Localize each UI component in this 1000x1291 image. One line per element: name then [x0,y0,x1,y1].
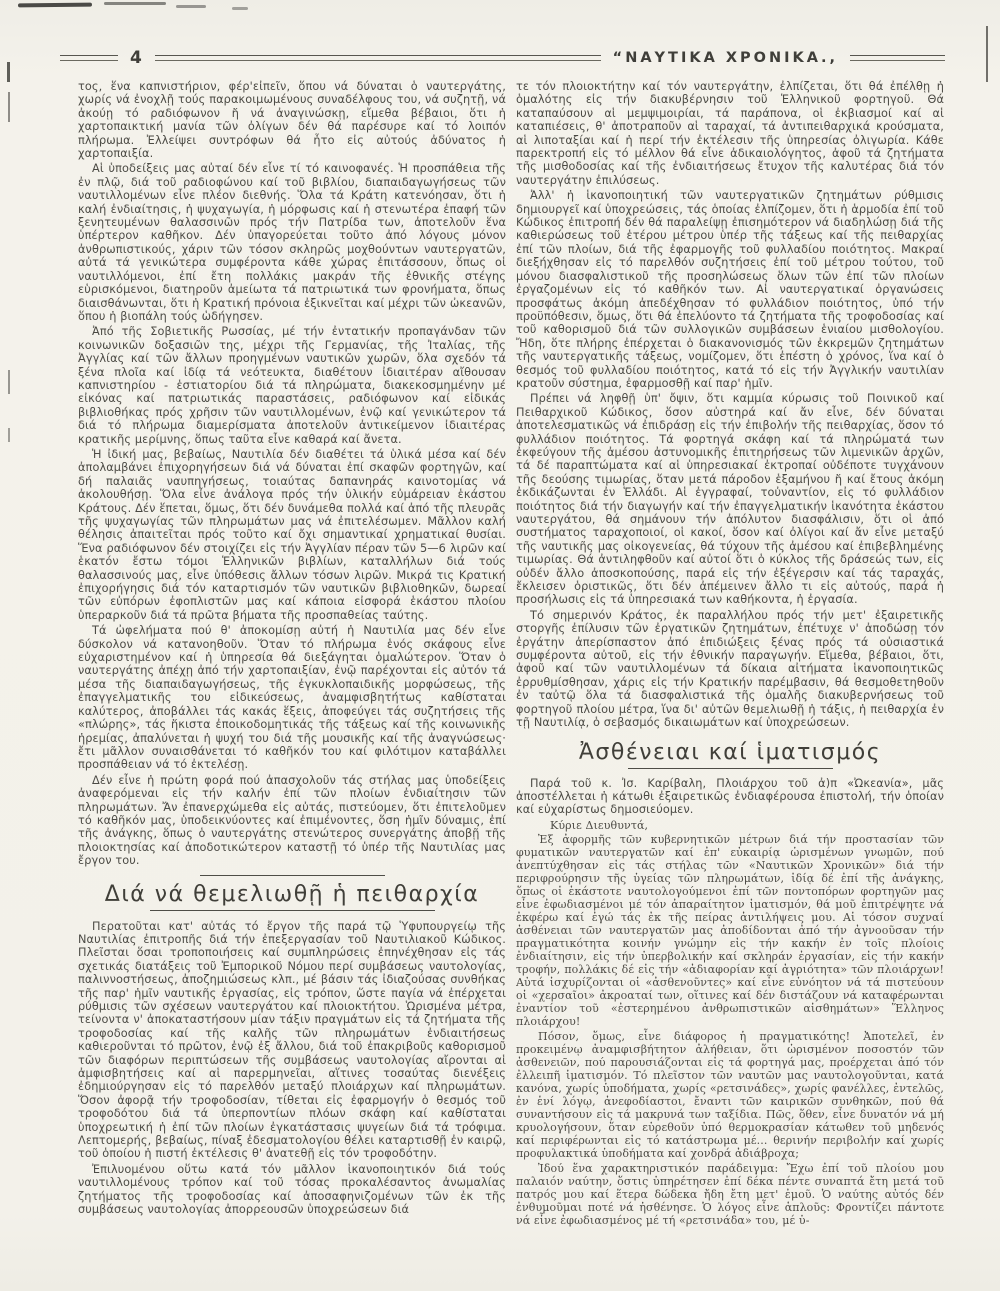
letter-salutation: Κύριε Διευθυντά, [516,819,944,832]
paragraph: Ἡ ἰδική μας, βεβαίως, Ναυτιλία δέν διαθέ… [78,448,506,622]
scan-artifact [18,3,92,8]
paragraph: τε τόν πλοιοκτήτην καί τόν ναυτεργάτην, … [516,80,944,187]
paragraph: τος, ἕνα καπνιστήριον, φέρ'εἰπεῖν, ὅπου … [78,80,506,160]
scan-mark [8,370,10,394]
scan-mark [986,26,988,82]
text-columns: τος, ἕνα καπνιστήριον, φέρ'εἰπεῖν, ὅπου … [78,80,944,1272]
scan-mark [8,92,10,122]
section-heading-discipline: Διά νά θεμελιωθῇ ἡ πειθαρχία [78,882,506,907]
paragraph: Δέν εἶνε ἡ πρώτη φορά πού ἀπασχολοῦν τάς… [78,774,506,868]
header-rule-center [155,55,601,61]
scan-artifact [176,5,206,8]
section-heading-illness-clothing: Ἀσθένειαι καί ἱματισμός [516,740,944,765]
article-intro: Παρά τοῦ κ. Ἰσ. Καρίβαλη, Πλοιάρχου τοῦ … [516,777,944,817]
scan-mark [8,428,10,442]
paragraph: Αἱ ὑποδείξεις μας αὐταί δέν εἶνε τί τό κ… [78,162,506,323]
letter-paragraph: Ἐξ ἀφορμῆς τῶν κυβερνητικῶν μέτρων διά τ… [516,833,944,1028]
left-column: τος, ἕνα καπνιστήριον, φέρ'εἰπεῖν, ὅπου … [78,80,506,1272]
right-column: τε τόν πλοιοκτήτην καί τόν ναυτεργάτην, … [516,80,944,1272]
header-rule-right [850,55,945,61]
scanned-magazine-page: 4 “ΝΑΥΤΙΚΑ ΧΡΟΝΙΚΑ., τος, ἕνα καπνιστήρι… [0,0,1000,1291]
reader-letter: Κύριε Διευθυντά, Ἐξ ἀφορμῆς τῶν κυβερνητ… [516,819,944,1227]
paragraph: Περατοῦται κατ' αὐτάς τό ἔργον τῆς παρά … [78,920,506,1161]
header-rule-left [60,55,118,61]
article-divider [200,875,385,876]
scan-artifact [104,2,166,5]
paragraph: Τά ὠφελήματα πού θ' ἀποκομίσῃ αὐτή ἡ Ναυ… [78,624,506,771]
scan-artifact [232,7,248,10]
letter-paragraph: Πόσον, ὅμως, εἶνε διάφορος ἡ πραγματικότ… [516,1030,944,1160]
paragraph: Πρέπει νά ληφθῇ ὑπ' ὄψιν, ὅτι καμμία κύρ… [516,392,944,607]
scan-mark [7,62,10,82]
letter-paragraph: Ἰδού ἕνα χαρακτηριστικόν παράδειγμα: Ἔχω… [516,1162,944,1227]
journal-title: “ΝΑΥΤΙΚΑ ΧΡΟΝΙΚΑ., [613,50,838,66]
page-number: 4 [130,48,143,68]
heading-underline [628,768,833,769]
page-header: 4 “ΝΑΥΤΙΚΑ ΧΡΟΝΙΚΑ., [60,48,945,68]
paragraph: Ἀλλ' ἡ ἱκανοποιητική τῶν ναυτεργατικῶν ζ… [516,189,944,390]
paragraph: Ἀπό τῆς Σοβιετικῆς Ρωσσίας, μέ τήν ἐντατ… [78,325,506,446]
heading-underline [150,910,435,911]
paragraph: Ἐπιλυομένου οὕτω κατά τόν μᾶλλον ἱκανοπο… [78,1163,506,1217]
paragraph: Τό σημερινόν Κράτος, ἐκ παραλλήλου πρός … [516,609,944,730]
